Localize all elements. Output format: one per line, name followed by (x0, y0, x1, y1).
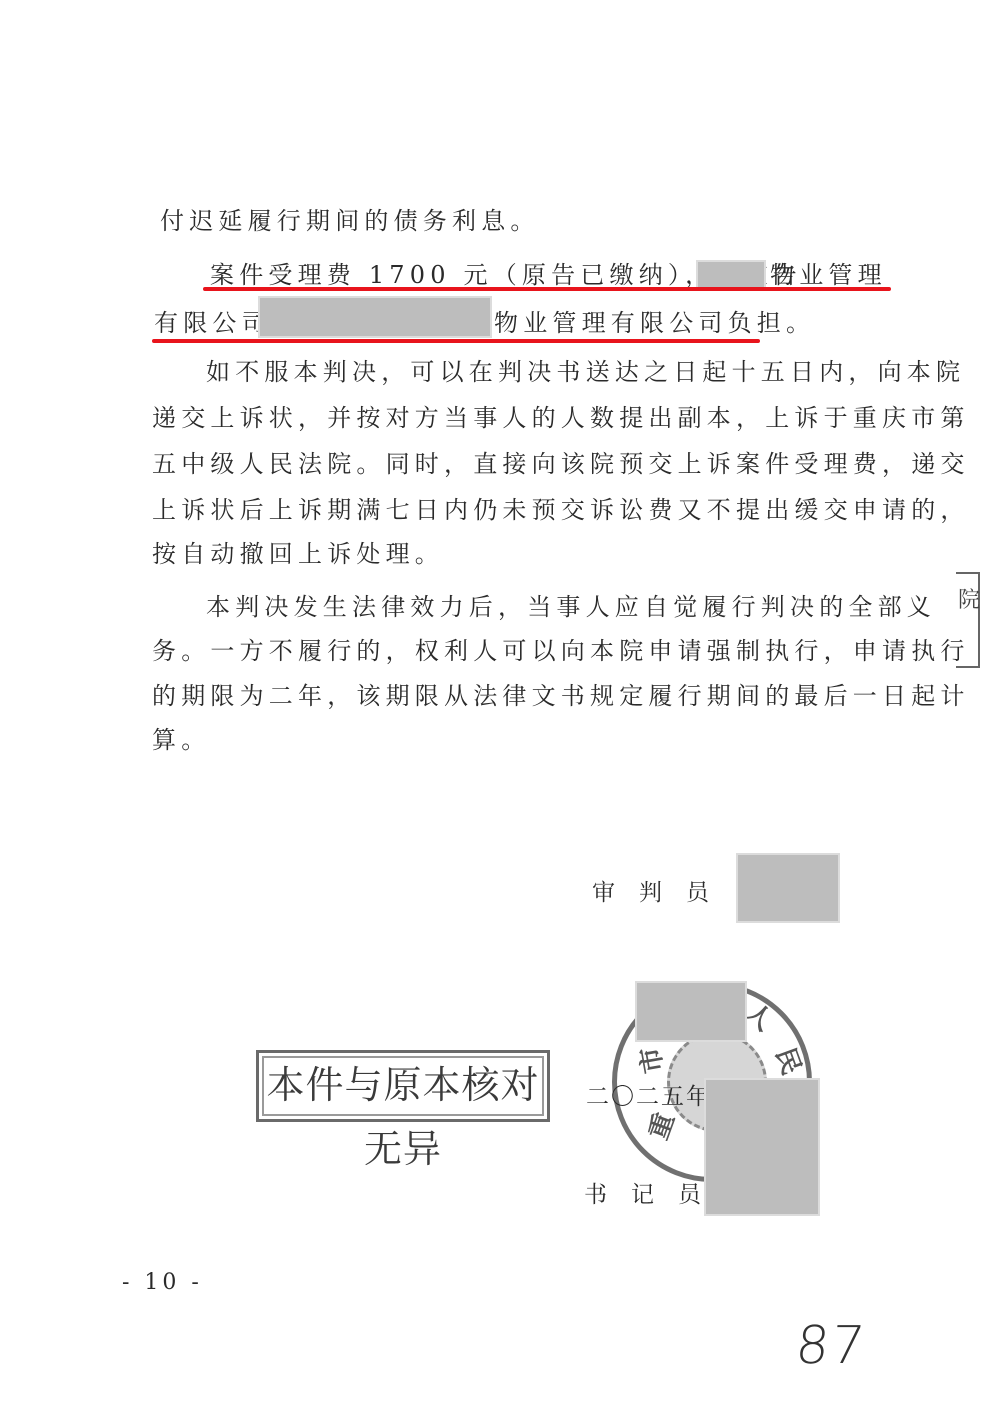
effect-line-3: 的期限为二年，该期限从法律文书规定履行期间的最后一日起计 (152, 681, 970, 711)
judgment-date: 二〇二五年 (586, 1078, 711, 1111)
fee-line-2a: 有限公司 (154, 308, 271, 338)
appeal-line-2: 递交上诉状，并按对方当事人的人数提出副本，上诉于重庆市第 (152, 403, 970, 433)
redaction-box-defendant-2 (258, 296, 492, 338)
effect-line-1: 本判决发生法律效力后，当事人应自觉履行判决的全部义 (206, 592, 936, 622)
effect-line-2: 务。一方不履行的，权利人可以向本院申请强制执行，申请执行 (152, 636, 970, 666)
margin-char: 院 (958, 583, 980, 614)
seal-char: 民 (768, 1042, 812, 1079)
clerk-label: 书记员 (584, 1176, 725, 1209)
judge-label: 审判员 (592, 874, 733, 907)
fee-line-1b: 物业管理 (770, 260, 887, 290)
seal-char: 市 (630, 1044, 671, 1076)
appeal-line-5: 按自动撤回上诉处理。 (152, 539, 444, 569)
redaction-box-judge-name (736, 853, 840, 923)
appeal-line-4: 上诉状后上诉期满七日内仍未预交诉讼费又不提出缓交申请的， (152, 495, 970, 525)
appeal-line-1: 如不服本判决，可以在判决书送达之日起十五日内，向本院 (206, 357, 965, 387)
red-underline-1 (203, 287, 891, 291)
redaction-box-seal-top (635, 981, 747, 1042)
appeal-line-3: 五中级人民法院。同时，直接向该院预交上诉案件受理费，递交 (152, 449, 970, 479)
fee-line-2b: 物业管理有限公司负担。 (494, 308, 815, 338)
page-number: - 10 - (122, 1270, 203, 1295)
handwritten-page-number: 87 (793, 1316, 869, 1376)
redaction-box-defendant-1 (696, 260, 766, 290)
seal-char: 重 (638, 1107, 682, 1144)
verification-stamp: 本件与原本核对无异 (256, 1050, 550, 1122)
interest-line: 付迟延履行期间的债务利息。 (160, 206, 540, 236)
effect-line-4: 算。 (152, 725, 210, 755)
red-underline-2 (152, 339, 760, 343)
